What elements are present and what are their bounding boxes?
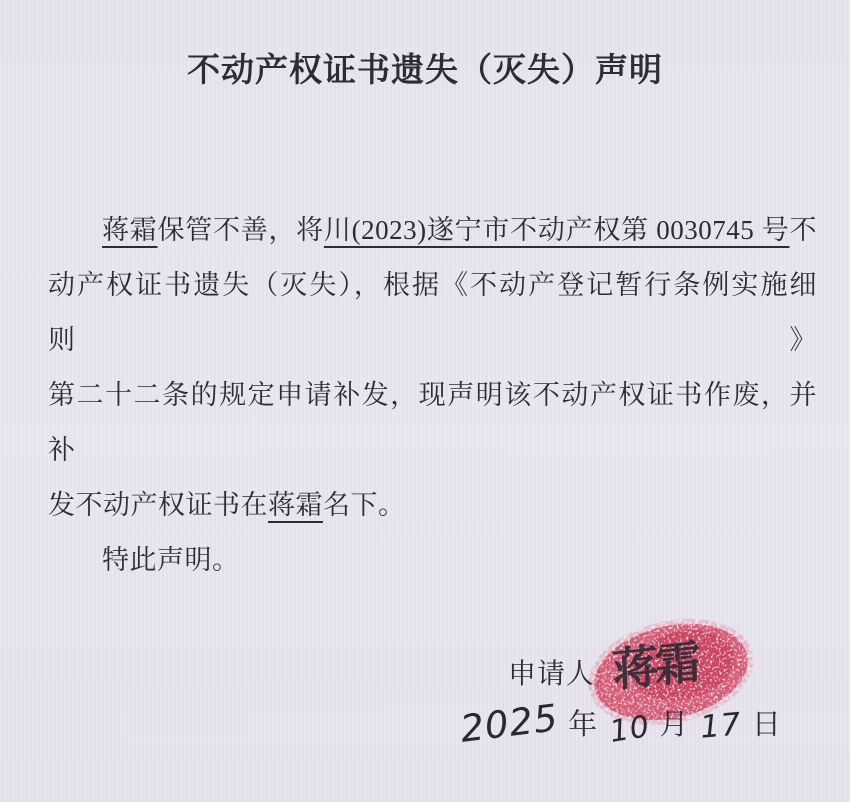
text-segment: 动产权证书遗失（灭失），根据《不动产登记暂行条例实施细则》 — [48, 270, 817, 355]
paragraph-line: 发不动产权证书在蒋霜名下。 — [48, 478, 817, 533]
paragraph-line: 第二十二条的规定申请补发，现声明该不动产权证书作废，并补 — [48, 368, 817, 478]
underlined-text-segment: 蒋霜 — [102, 215, 157, 245]
paragraph-line: 特此声明。 — [48, 533, 817, 588]
handwritten-day: 17 — [699, 706, 743, 745]
text-segment: 保管不善，将 — [157, 215, 323, 245]
month-label: 月 — [659, 702, 690, 743]
paragraph-line: 动产权证书遗失（灭失），根据《不动产登记暂行条例实施细则》 — [48, 258, 817, 368]
underlined-text-segment: 蒋霜 — [268, 490, 323, 520]
scanned-declaration-document: 不动产权证书遗失（灭失）声明 蒋霜保管不善，将川(2023)遂宁市不动产权第 0… — [0, 0, 850, 802]
handwritten-year: 2025 — [458, 696, 561, 751]
text-segment: 发不动产权证书在 — [48, 490, 268, 520]
text-segment: 不 — [790, 215, 818, 245]
document-title: 不动产权证书遗失（灭失）声明 — [0, 44, 850, 91]
date-line: 2025 年 10 月 17 日 — [460, 700, 783, 743]
text-segment: 第二十二条的规定申请补发，现声明该不动产权证书作废，并补 — [48, 380, 817, 465]
paragraph-line: 蒋霜保管不善，将川(2023)遂宁市不动产权第 0030745 号不 — [48, 203, 817, 258]
text-segment: 名下。 — [323, 490, 406, 520]
document-body: 蒋霜保管不善，将川(2023)遂宁市不动产权第 0030745 号不动产权证书遗… — [48, 203, 817, 588]
handwritten-month: 10 — [607, 709, 652, 750]
day-label: 日 — [752, 702, 783, 743]
text-segment: 特此声明。 — [102, 545, 240, 575]
year-label: 年 — [568, 702, 599, 743]
underlined-text-segment: 川(2023)遂宁市不动产权第 0030745 号 — [324, 215, 790, 245]
signature-name: 蒋霜 — [611, 625, 699, 700]
